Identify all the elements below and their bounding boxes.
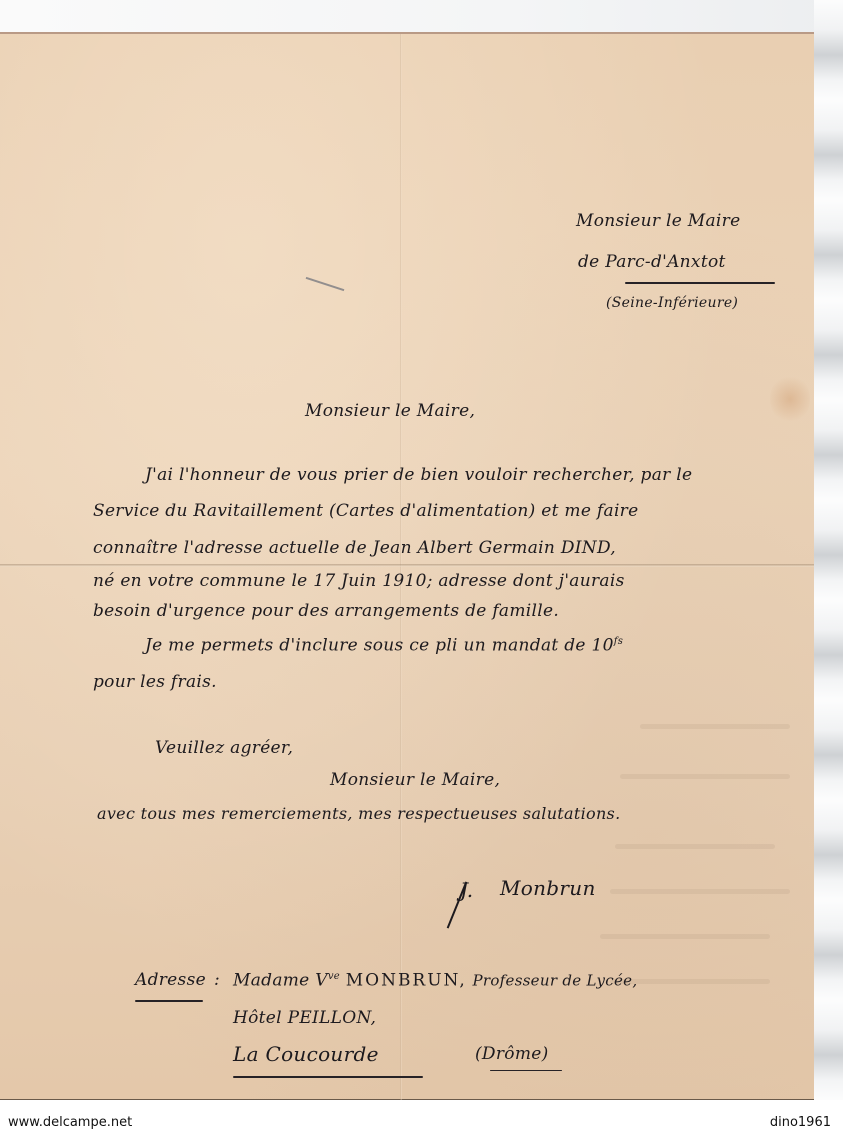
address-line-2: Hôtel PEILLON,: [233, 1010, 376, 1027]
closing-line-3: avec tous mes remerciements, mes respect…: [97, 806, 620, 822]
signature-name: Monbrun: [500, 878, 596, 898]
body-line-5: besoin d'urgence pour des arrangements d…: [93, 603, 559, 620]
closing-line-1: Veuillez agréer,: [155, 740, 293, 757]
recipient-line-3: (Seine-Inférieure): [606, 296, 738, 310]
recipient-line-2: de Parc-d'Anxtot: [578, 254, 726, 271]
currency-superscript: fs: [614, 636, 623, 647]
salutation: Monsieur le Maire,: [305, 403, 475, 420]
body-line-2: Service du Ravitaillement (Cartes d'alim…: [93, 503, 638, 520]
address-widow-abbrev: ve: [328, 971, 340, 982]
scanner-edge: [814, 0, 843, 1100]
address-label-underline: [135, 1000, 203, 1002]
body-line-6-text: Je me permets d'inclure sous ce pli un m…: [145, 636, 614, 656]
address-title: Professeur de Lycée,: [472, 972, 637, 990]
letter-paper: [0, 32, 814, 1100]
signature-initial: J.: [460, 880, 473, 900]
body-line-1: J'ai l'honneur de vous prier de bien vou…: [145, 467, 692, 484]
footer-seller-label: dino1961: [770, 1115, 831, 1130]
body-line-4: né en votre commune le 17 Juin 1910; adr…: [93, 573, 625, 590]
address-department: (Drôme): [475, 1046, 549, 1063]
ink-showthrough: [610, 889, 790, 894]
body-line-6: Je me permets d'inclure sous ce pli un m…: [145, 637, 623, 655]
vertical-fold: [400, 34, 402, 1100]
body-line-3: connaître l'adresse actuelle de Jean Alb…: [93, 540, 616, 557]
recipient-underline: [625, 282, 775, 284]
address-separator: :: [214, 972, 220, 989]
paper-stain: [770, 374, 810, 424]
address-line-1-prefix: Madame V: [233, 971, 328, 991]
address-line-1: Madame Vve MONBRUN, Professeur de Lycée,: [233, 972, 637, 990]
ink-showthrough: [640, 724, 790, 729]
ink-showthrough: [600, 934, 770, 939]
address-label: Adresse: [135, 972, 206, 989]
address-surname: MONBRUN,: [346, 971, 467, 991]
address-town: La Coucourde: [233, 1044, 379, 1064]
horizontal-fold: [0, 564, 814, 567]
address-department-underline: [490, 1070, 562, 1071]
body-line-7: pour les frais.: [93, 674, 217, 691]
footer-site-label: www.delcampe.net: [8, 1115, 132, 1130]
ink-showthrough: [620, 774, 790, 779]
closing-line-2: Monsieur le Maire,: [330, 772, 500, 789]
ink-showthrough: [615, 844, 775, 849]
recipient-line-1: Monsieur le Maire: [576, 213, 740, 230]
address-town-underline: [233, 1076, 423, 1078]
